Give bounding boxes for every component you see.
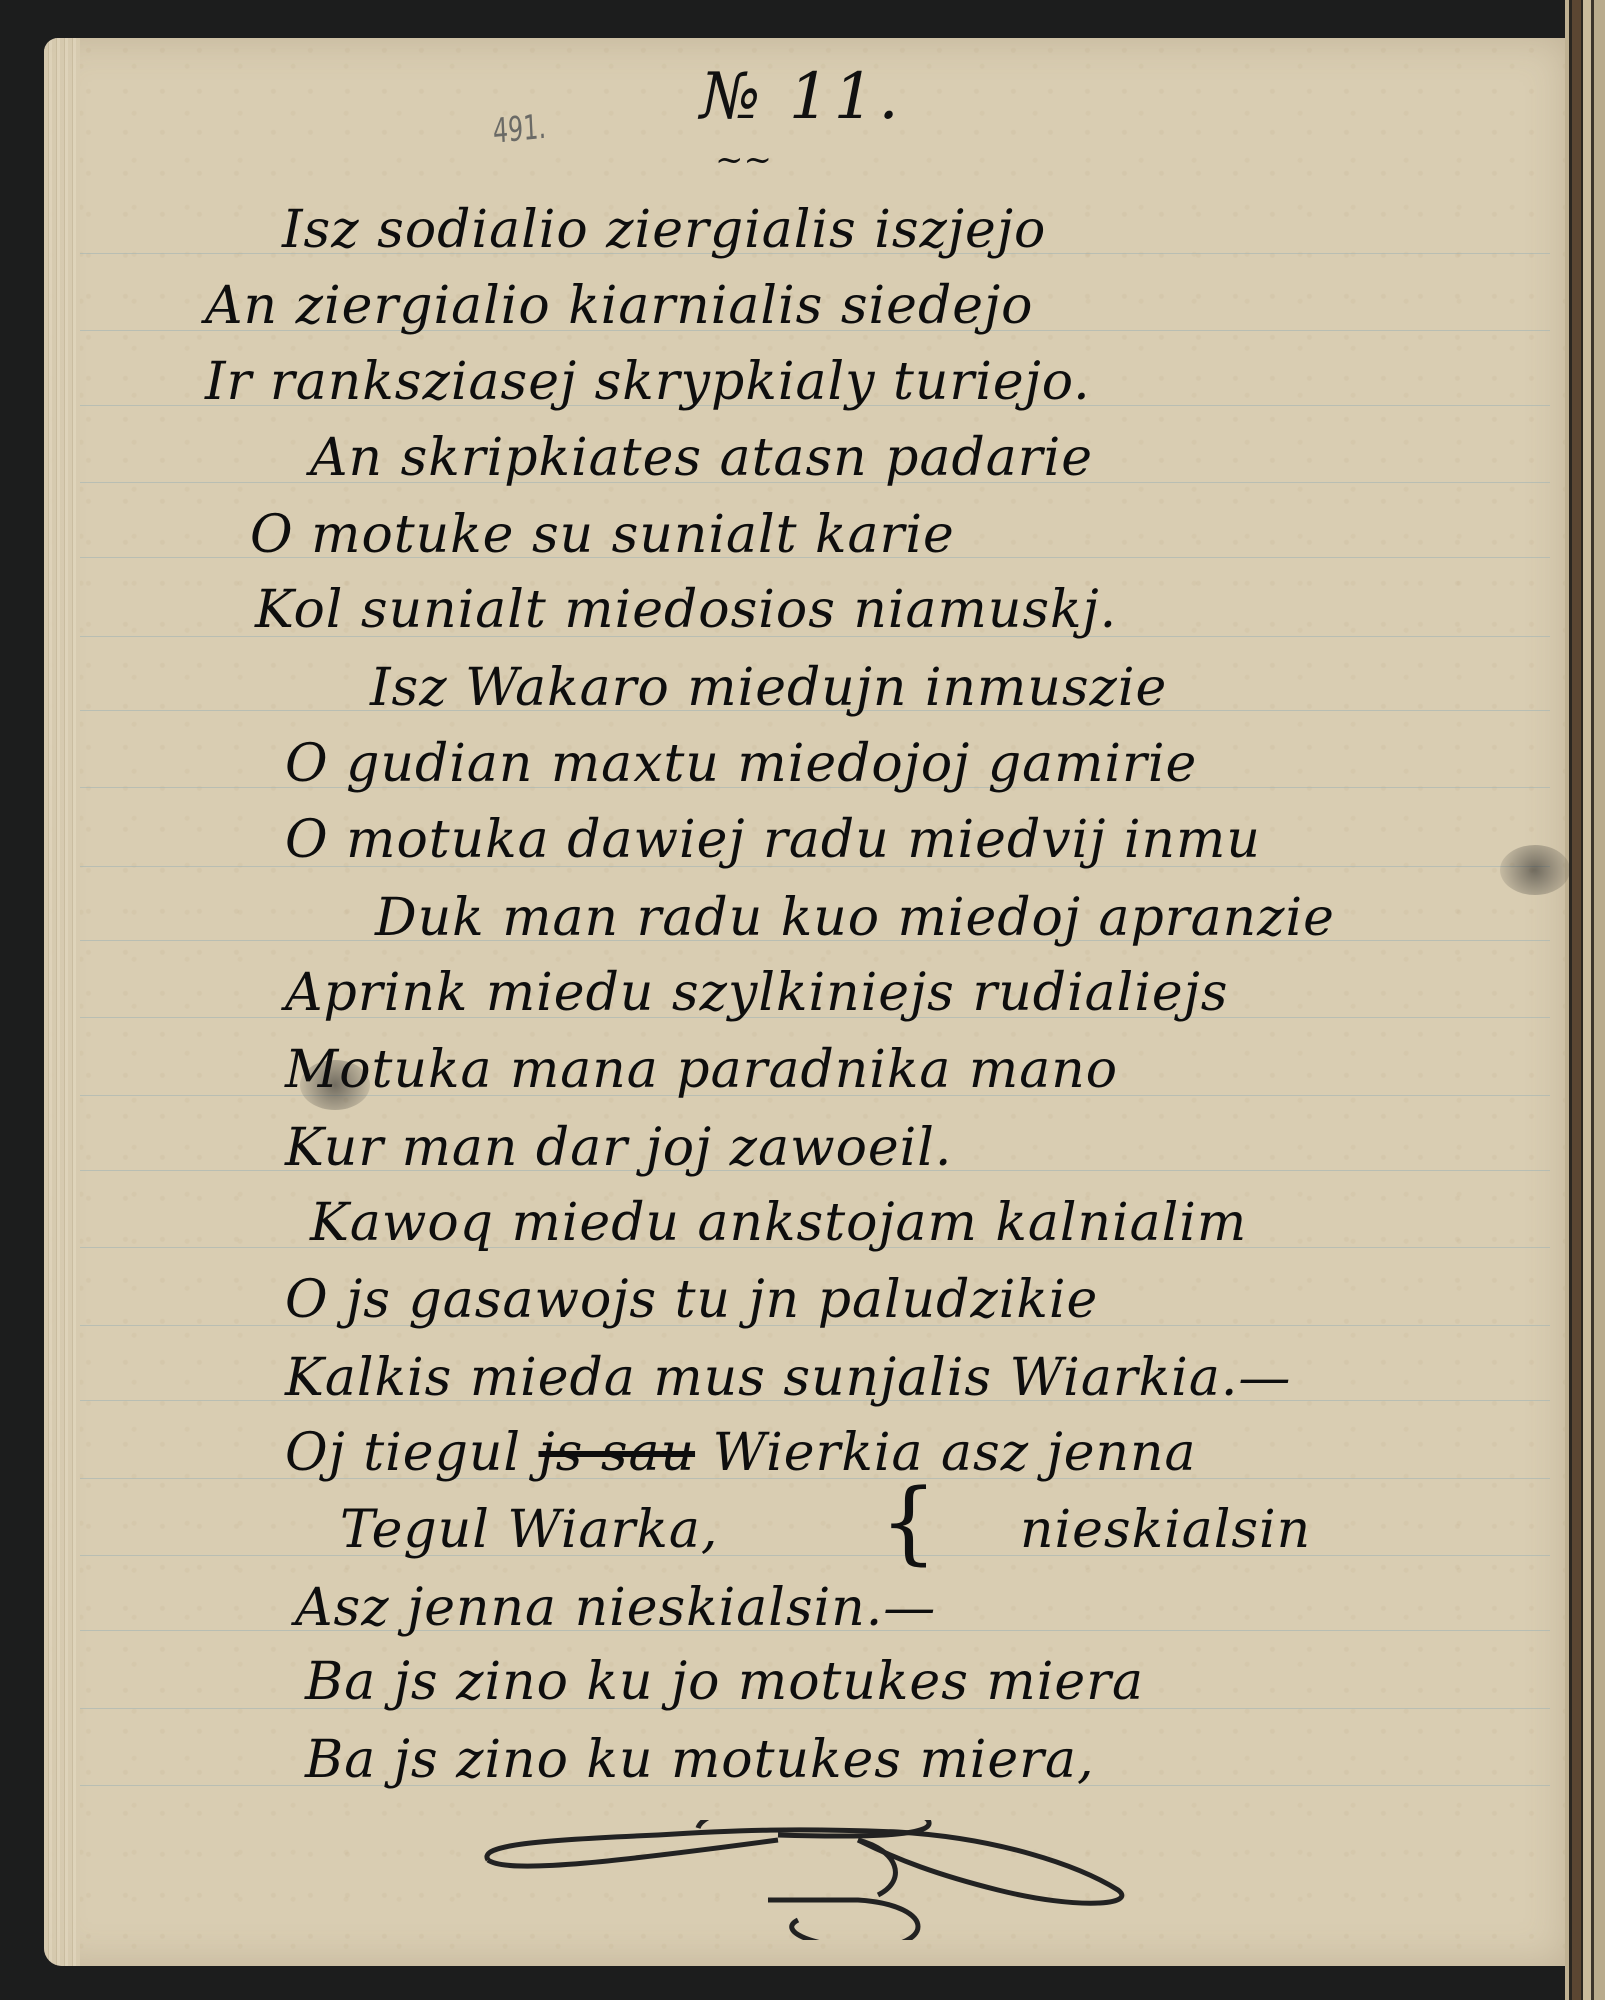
header-flourish: ~~ [715, 140, 772, 180]
manuscript-line: Isz Wakaro miedujn inmuszie [370, 658, 1167, 718]
page-stack-edge [44, 38, 80, 1966]
manuscript-line: Oj tiegul js sau Wierkia asz jenna [285, 1423, 1197, 1483]
manuscript-line: Motuka mana paradnika mano [285, 1040, 1118, 1100]
manuscript-line: O motuka dawiej radu miedvij inmu [285, 810, 1261, 870]
manuscript-line: Asz jenna nieskialsin.— [295, 1578, 936, 1638]
struck-text: js sau [539, 1423, 696, 1483]
ink-blot [1500, 845, 1570, 895]
manuscript-line: Aprink miedu szylkiniejs rudialiejs [285, 963, 1228, 1023]
notebook-spine [1565, 0, 1605, 2000]
manuscript-line: Isz sodialio ziergialis iszjejo [282, 200, 1046, 260]
manuscript-line: An skripkiates atasn padarie [310, 428, 1093, 488]
manuscript-line: Ba js zino ku jo motukes miera [305, 1652, 1144, 1712]
manuscript-line: Tegul Wiarka, [340, 1500, 718, 1560]
manuscript-line: O js gasawojs tu jn paludzikie [285, 1270, 1098, 1330]
manuscript-line: Kalkis mieda mus sunjalis Wiarkia.— [285, 1348, 1291, 1408]
line-text: Wierkia asz jenna [695, 1423, 1197, 1483]
ruled-line [80, 1555, 1550, 1556]
brace-mark: { [880, 1470, 937, 1575]
manuscript-line: An ziergialio kiarnialis siedejo [205, 276, 1033, 336]
manuscript-line: Ba js zino ku motukes miera, [305, 1730, 1095, 1790]
manuscript-line: Ir ranksziasej skrypkialy turiejo. [205, 352, 1091, 412]
manuscript-line: Kawoq miedu ankstojam kalnialim [310, 1193, 1247, 1253]
manuscript-line: Duk man radu kuo miedoj apranzie [375, 888, 1335, 948]
manuscript-line: Kol sunialt miedosios niamuskj. [255, 580, 1117, 640]
song-number: № 11. [700, 60, 903, 134]
manuscript-line: O motuke su sunialt karie [250, 505, 955, 565]
manuscript-line: Kur man dar joj zawoeil. [285, 1118, 952, 1178]
manuscript-line: nieskialsin [1020, 1500, 1311, 1560]
manuscript-line: O gudian maxtu miedojoj gamirie [285, 734, 1197, 794]
line-text: Oj tiegul [285, 1423, 539, 1483]
signature-flourish-icon [478, 1820, 1178, 1940]
pencil-page-number: 491. [492, 107, 547, 152]
